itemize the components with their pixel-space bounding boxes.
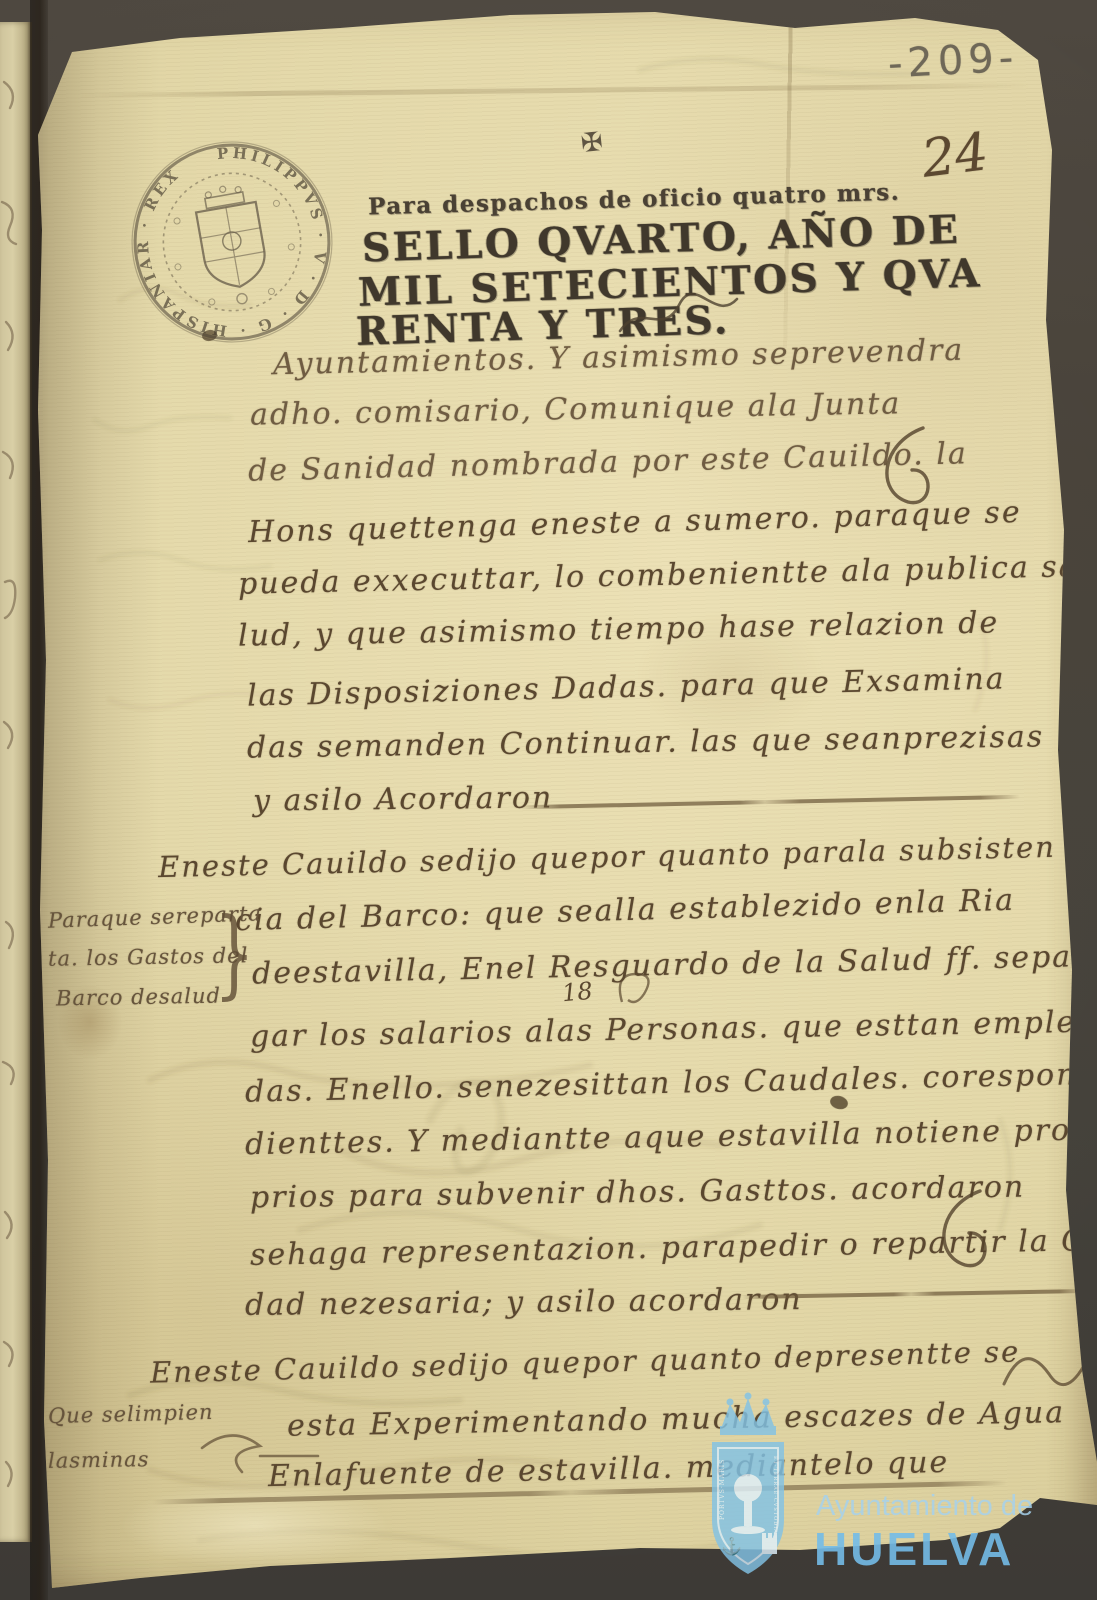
manuscript-line: y asilo Acordaron bbox=[253, 780, 554, 818]
anchor-icon: ⚓ bbox=[721, 1536, 742, 1557]
manuscript-line: dad nezesaria; y asilo acordaron bbox=[245, 1282, 803, 1323]
manuscript-page: PHILIPPVS · V · D · G · HISPANIAR · REX … bbox=[0, 0, 1097, 1600]
royal-tax-seal-stamp: PHILIPPVS · V · D · G · HISPANIAR · REX bbox=[109, 119, 355, 365]
watermark-text-line2: HUELVA bbox=[814, 1522, 1014, 1576]
paraph-flourish bbox=[868, 422, 953, 517]
huelva-crest-watermark: ⚓ PORTVS·MARIS ET·TERRAE·CVSTODIA bbox=[688, 1392, 810, 1598]
folio-number: -209- bbox=[887, 35, 1019, 88]
paraph-flourish bbox=[925, 1185, 1010, 1280]
worn-bright-patch bbox=[120, 1480, 390, 1570]
crest-motto-right: ET·TERRAE·CVSTODIA bbox=[772, 1456, 778, 1534]
adjacent-page-edge bbox=[0, 22, 32, 1542]
margin-brace: } bbox=[214, 900, 255, 1011]
paraph-flourish bbox=[1000, 1340, 1095, 1410]
margin-note-line: Que selimpien bbox=[48, 1400, 214, 1428]
cross-mark: ✠ bbox=[579, 127, 604, 159]
margin-note-line: lasminas bbox=[48, 1447, 150, 1473]
interline-flourish bbox=[612, 968, 662, 1010]
margin-note-line: Barco desalud bbox=[56, 984, 221, 1011]
item-number: 24 bbox=[919, 122, 992, 190]
interline-mark: 18 bbox=[561, 977, 594, 1008]
watermark-text-line1: Ayuntamiento de bbox=[816, 1490, 1033, 1523]
crest-motto-left: PORTVS·MARIS bbox=[719, 1459, 726, 1520]
adjacent-page-ink-marks bbox=[0, 22, 32, 1542]
margin-flourish bbox=[196, 1426, 326, 1476]
photo-backdrop: PHILIPPVS · V · D · G · HISPANIAR · REX … bbox=[0, 0, 1097, 1600]
